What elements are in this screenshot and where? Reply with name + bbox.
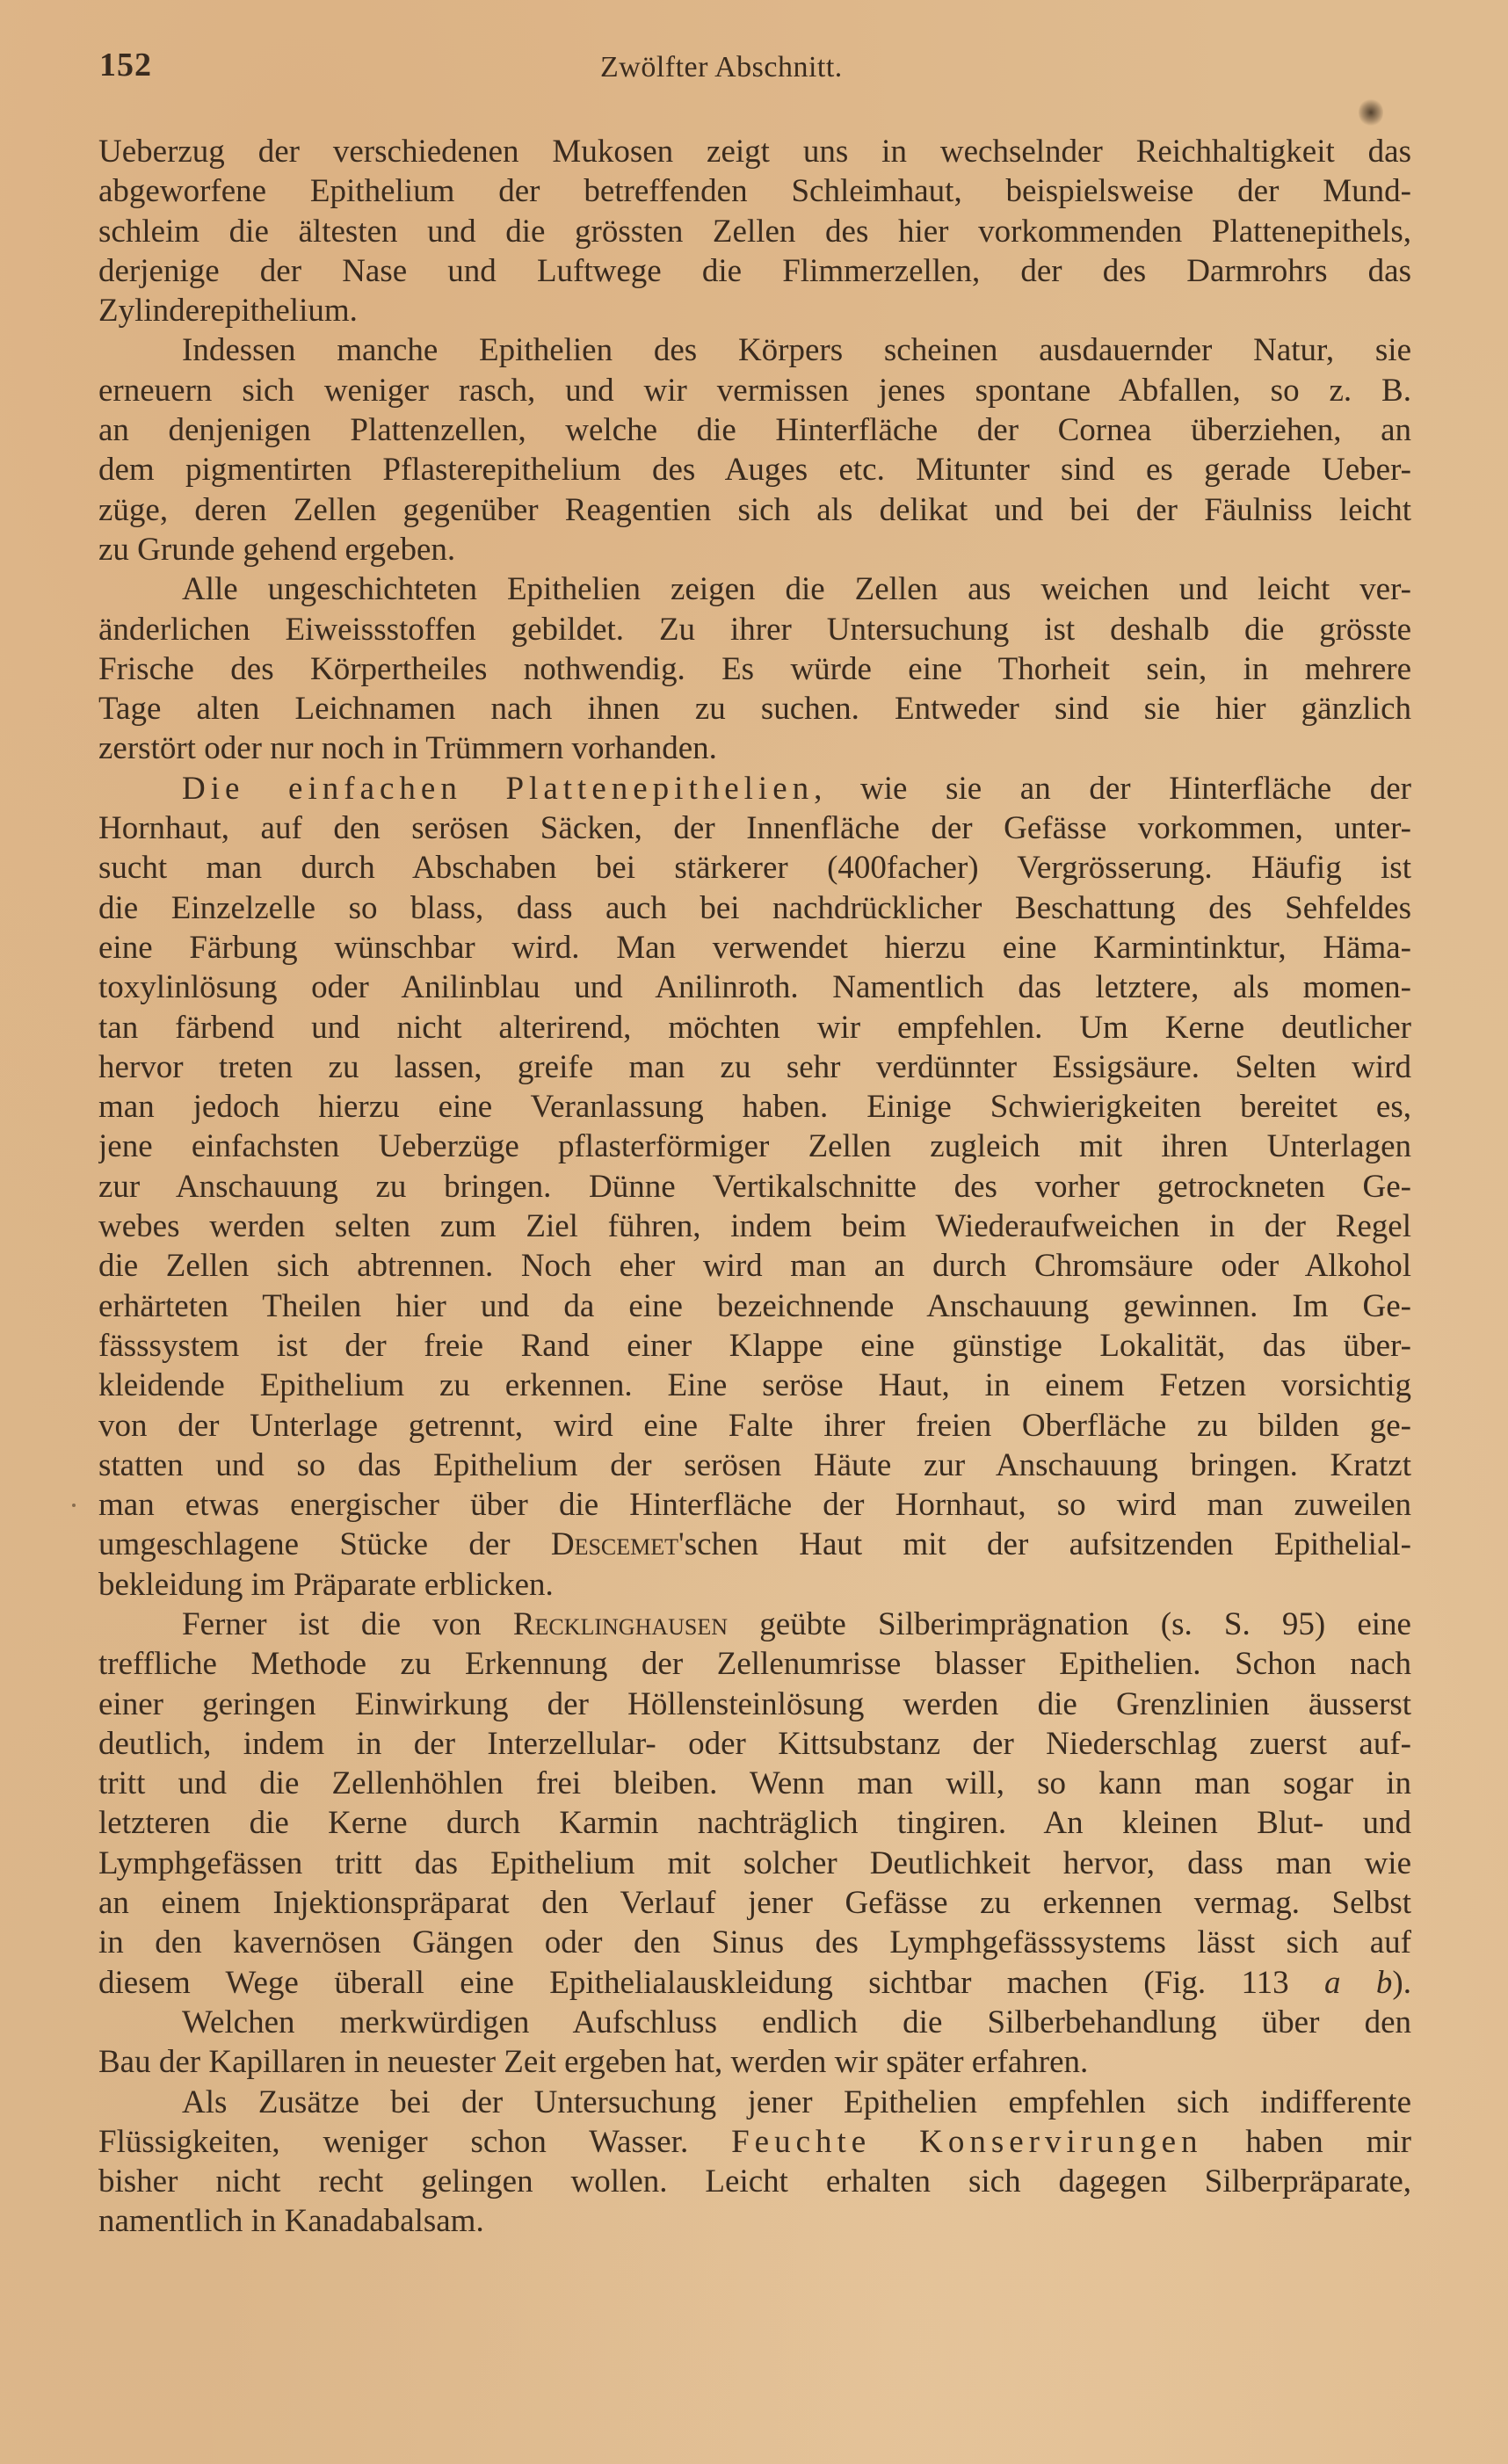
- text-line: schleim die ältesten und die grössten Ze…: [98, 212, 1411, 251]
- text-line: Die einfachen Plattenepithelien, wie sie…: [98, 769, 1411, 808]
- text-line: letzteren die Kerne durch Karmin nachträ…: [98, 1803, 1411, 1843]
- text-line: treffliche Methode zu Erkennung der Zell…: [98, 1644, 1411, 1684]
- author-name: Descemet: [551, 1526, 678, 1562]
- text-line: Indessen manche Epithelien des Körpers s…: [98, 330, 1411, 370]
- text-line: tan färbend und nicht alterirend, möchte…: [98, 1008, 1411, 1047]
- text-line: webes werden selten zum Ziel führen, ind…: [98, 1207, 1411, 1246]
- text-line: von der Unterlage getrennt, wird eine Fa…: [98, 1406, 1411, 1446]
- paragraph: Die einfachen Plattenepithelien, wie sie…: [98, 769, 1411, 1605]
- text-line: hervor treten zu lassen, greife man zu s…: [98, 1047, 1411, 1087]
- text-line: Als Zusätze bei der Untersuchung jener E…: [98, 2083, 1411, 2122]
- text-line: Frische des Körpertheiles nothwendig. Es…: [98, 649, 1411, 689]
- text-line: zur Anschauung zu bringen. Dünne Vertika…: [98, 1167, 1411, 1207]
- text-line: zu Grunde gehend ergeben.: [98, 530, 1411, 569]
- text-line: Alle ungeschichteten Epithelien zeigen d…: [98, 569, 1411, 609]
- author-name: Recklinghausen: [513, 1606, 728, 1642]
- paragraph: Als Zusätze bei der Untersuchung jener E…: [98, 2083, 1411, 2242]
- text-line: umgeschlagene Stücke der Descemet'schen …: [98, 1525, 1411, 1564]
- text-line: bisher nicht recht gelingen wollen. Leic…: [98, 2162, 1411, 2201]
- text-line: statten und so das Epithelium der seröse…: [98, 1446, 1411, 1485]
- text-line: jene einfachsten Ueberzüge pflasterförmi…: [98, 1127, 1411, 1166]
- text-line: derjenige der Nase und Luftwege die Flim…: [98, 251, 1411, 291]
- text-line: erneuern sich weniger rasch, und wir ver…: [98, 371, 1411, 410]
- text-line: fässsystem ist der freie Rand einer Klap…: [98, 1326, 1411, 1366]
- text-line: eine Färbung wünschbar wird. Man verwend…: [98, 928, 1411, 967]
- body-text: Ueberzug der verschiedenen Mukosen zeigt…: [98, 132, 1411, 2242]
- paragraph: Alle ungeschichteten Epithelien zeigen d…: [98, 569, 1411, 768]
- emphasized-term: Die einfachen Plattenepithelien: [182, 771, 814, 807]
- margin-mark: [72, 1504, 76, 1507]
- running-head: Zwölfter Abschnitt.: [600, 48, 843, 87]
- paragraph: Ferner ist die von Recklinghausen geübte…: [98, 1605, 1411, 2003]
- text-line: Tage alten Leichnamen nach ihnen zu such…: [98, 689, 1411, 728]
- text-line: bekleidung im Präparate erblicken.: [98, 1565, 1411, 1605]
- text-line: man jedoch hierzu eine Veranlassung habe…: [98, 1087, 1411, 1127]
- emphasized-term: Feuchte Konservirungen: [731, 2124, 1202, 2160]
- page-number: 152: [99, 46, 152, 84]
- text-line: an einem Injektionspräparat den Verlauf …: [98, 1883, 1411, 1923]
- paragraph: Welchen merkwürdigen Aufschluss endlich …: [98, 2003, 1411, 2083]
- text-line: Ferner ist die von Recklinghausen geübte…: [98, 1605, 1411, 1644]
- text-line: kleidende Epithelium zu erkennen. Eine s…: [98, 1366, 1411, 1405]
- text-line: sucht man durch Abschaben bei stärkerer …: [98, 848, 1411, 888]
- text-line: die Einzelzelle so blass, dass auch bei …: [98, 888, 1411, 928]
- paragraph: Indessen manche Epithelien des Körpers s…: [98, 330, 1411, 569]
- text-line: namentlich in Kanadabalsam.: [98, 2201, 1411, 2241]
- paragraph-continued: Ueberzug der verschiedenen Mukosen zeigt…: [98, 132, 1411, 330]
- text-line: die Zellen sich abtrennen. Noch eher wir…: [98, 1246, 1411, 1286]
- text-line: in den kavernösen Gängen oder den Sinus …: [98, 1923, 1411, 1962]
- text-line: einer geringen Einwirkung der Höllenstei…: [98, 1685, 1411, 1724]
- text-line: Welchen merkwürdigen Aufschluss endlich …: [98, 2003, 1411, 2042]
- text-line: Bau der Kapillaren in neuester Zeit erge…: [98, 2042, 1411, 2082]
- text-line: an denjenigen Plattenzellen, welche die …: [98, 410, 1411, 450]
- text-line: deutlich, indem in der Interzellular- od…: [98, 1724, 1411, 1764]
- text-line: abgeworfene Epithelium der betreffenden …: [98, 171, 1411, 211]
- text-line: zerstört oder nur noch in Trümmern vorha…: [98, 728, 1411, 768]
- text-line: änderlichen Eiweissstoffen gebildet. Zu …: [98, 610, 1411, 649]
- text-line: erhärteten Theilen hier und da eine beze…: [98, 1286, 1411, 1326]
- text-line: man etwas energischer über die Hinterflä…: [98, 1485, 1411, 1525]
- text-line: Lymphgefässen tritt das Epithelium mit s…: [98, 1844, 1411, 1883]
- text-line: toxylinlösung oder Anilinblau und Anilin…: [98, 967, 1411, 1007]
- ink-spot: [1359, 98, 1383, 127]
- figure-reference: a b: [1324, 1965, 1392, 2001]
- text-line: Ueberzug der verschiedenen Mukosen zeigt…: [98, 132, 1411, 171]
- text-line: Hornhaut, auf den serösen Säcken, der In…: [98, 808, 1411, 848]
- text-line: diesem Wege überall eine Epithelialauskl…: [98, 1963, 1411, 2003]
- text-line: dem pigmentirten Pflasterepithelium des …: [98, 450, 1411, 489]
- text-line: tritt und die Zellenhöhlen frei bleiben.…: [98, 1764, 1411, 1803]
- text-line: züge, deren Zellen gegenüber Reagentien …: [98, 490, 1411, 530]
- text-line: Flüssigkeiten, weniger schon Wasser. Feu…: [98, 2122, 1411, 2162]
- text-line: Zylinderepithelium.: [98, 291, 1411, 330]
